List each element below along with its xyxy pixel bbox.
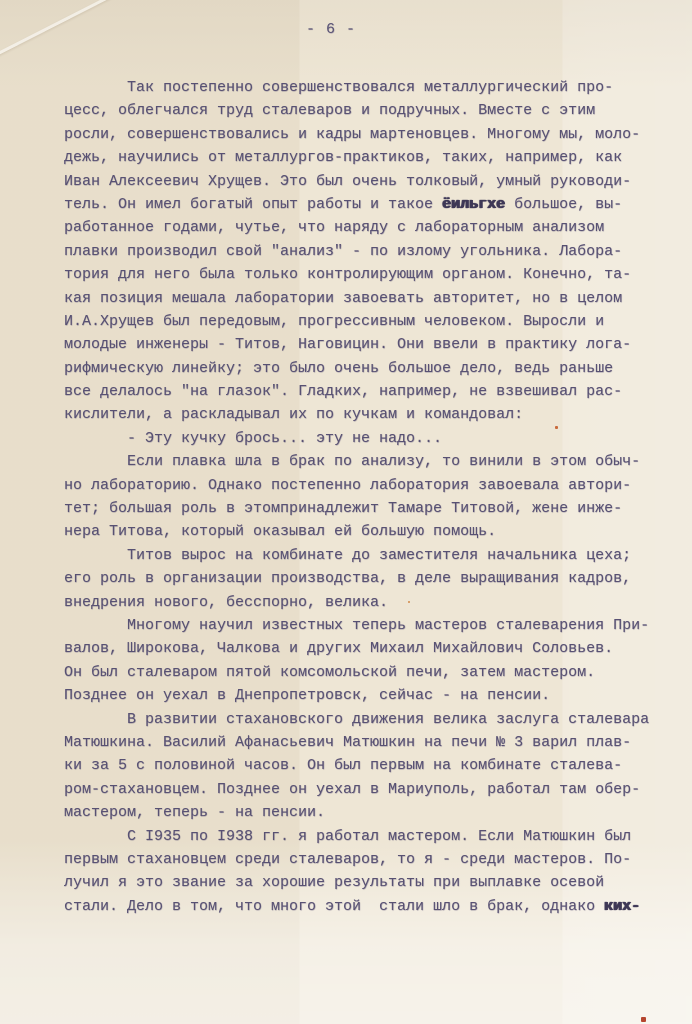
- text-line: ром-стахановцем. Позднее он уехал в Мари…: [64, 778, 664, 801]
- text-line: Многому научил известных теперь мастеров…: [64, 614, 664, 637]
- text-line: росли, совершенствовались и кадры мартен…: [64, 123, 664, 146]
- text-line: молодые инженеры - Титов, Наговицин. Они…: [64, 333, 664, 356]
- text-line: Позднее он уехал в Днепропетровск, сейча…: [64, 684, 664, 707]
- text-line: первым стахановцем среди сталеваров, то …: [64, 848, 664, 871]
- overstruck-text: ёильгхе: [442, 196, 505, 213]
- red-ink-speck: [555, 426, 558, 429]
- text-line: Так постепенно совершенствовался металлу…: [64, 76, 664, 99]
- text-line: стали. Дело в том, что много этой стали …: [64, 895, 664, 918]
- text-line: лучил я это звание за хорошие результаты…: [64, 871, 664, 894]
- red-ink-speck: [641, 1017, 646, 1022]
- text-line: В развитии стахановского движения велика…: [64, 708, 664, 731]
- page-number: - 6 -: [306, 21, 356, 38]
- text-line: ки за 5 с половиной часов. Он был первым…: [64, 754, 664, 777]
- paper-crease: [0, 0, 150, 64]
- text-line: Если плавка шла в брак по анализу, то ви…: [64, 450, 664, 473]
- text-line: но лабораторию. Однако постепенно лабора…: [64, 474, 664, 497]
- text-line: внедрения нового, бесспорно, велика.: [64, 591, 664, 614]
- text-line: И.А.Хрущев был передовым, прогрессивным …: [64, 310, 664, 333]
- text-line: кислители, а раскладывал их по кучкам и …: [64, 403, 664, 426]
- text-line: тория для него была только контролирующи…: [64, 263, 664, 286]
- document-page: - 6 - Так постепенно совершенствовался м…: [0, 0, 692, 1024]
- text-line: плавки производил свой "анализ" - по изл…: [64, 240, 664, 263]
- text-line: Титов вырос на комбинате до заместителя …: [64, 544, 664, 567]
- text-line: Он был сталеваром пятой комсомольской пе…: [64, 661, 664, 684]
- text-line: тель. Он имел богатый опыт работы и тако…: [64, 193, 664, 216]
- text-line: С I935 по I938 гг. я работал мастером. Е…: [64, 825, 664, 848]
- text-line: цесс, облегчался труд сталеваров и подру…: [64, 99, 664, 122]
- text-line: мастером, теперь - на пенсии.: [64, 801, 664, 824]
- text-line: валов, Широкова, Чалкова и других Михаил…: [64, 637, 664, 660]
- text-line: нера Титова, который оказывал ей большую…: [64, 520, 664, 543]
- text-line: его роль в организации производства, в д…: [64, 567, 664, 590]
- text-line: Матюшкина. Василий Афанасьевич Матюшкин …: [64, 731, 664, 754]
- text-block: Так постепенно совершенствовался металлу…: [64, 76, 664, 918]
- red-ink-speck: [408, 601, 410, 603]
- text-line: тет; большая роль в этомпринадлежит Тама…: [64, 497, 664, 520]
- overstruck-text: ких-: [604, 898, 640, 915]
- text-line: - Эту кучку брось... эту не надо...: [64, 427, 664, 450]
- text-line: Иван Алексеевич Хрущев. Это был очень то…: [64, 170, 664, 193]
- text-line: работанное годами, чутье, что наряду с л…: [64, 216, 664, 239]
- text-line: рифмическую линейку; это было очень боль…: [64, 357, 664, 380]
- text-line: дежь, научились от металлургов-практиков…: [64, 146, 664, 169]
- text-line: кая позиция мешала лаборатории завоевать…: [64, 287, 664, 310]
- text-line: все делалось "на глазок". Гладких, напри…: [64, 380, 664, 403]
